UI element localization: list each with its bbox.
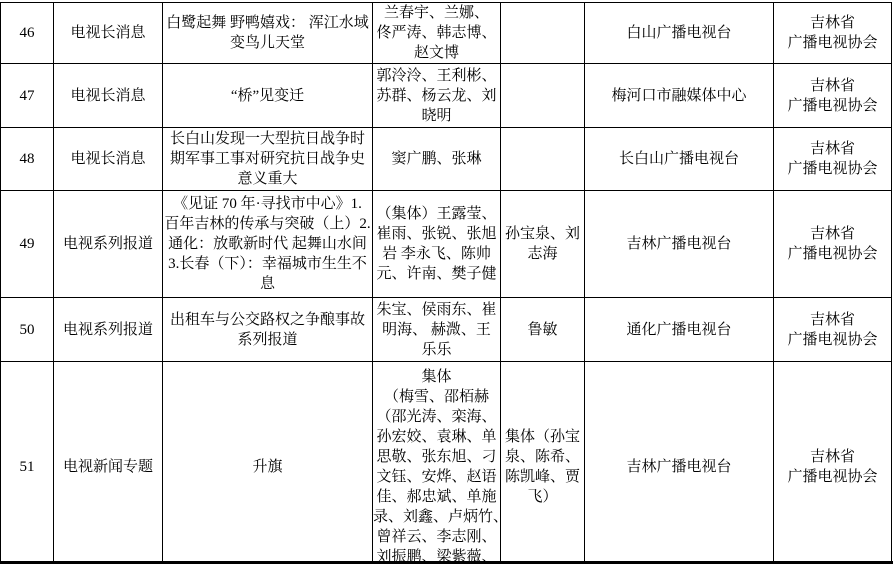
table-row-48: 48 电视长消息 长白山发现一大型抗日战争时 期军事工事对研究抗日战争史 意义重… <box>1 128 892 191</box>
cell-title: 《见证 70 年·寻找市中心》1. 百年吉林的传承与突破（上）2. 通化：放歌新… <box>163 191 373 298</box>
cell-editors <box>501 64 585 128</box>
cell-entry-number: 48 <box>1 128 54 191</box>
cell-association: 吉林省 广播电视协会 <box>774 64 892 128</box>
cell-category: 电视长消息 <box>54 64 163 128</box>
cell-title: 白鹭起舞 野鸭嬉戏： 浑江水域 变鸟儿天堂 <box>163 3 373 64</box>
table-row-49: 49 电视系列报道 《见证 70 年·寻找市中心》1. 百年吉林的传承与突破（上… <box>1 191 892 298</box>
cell-creators: 郭泠泠、王利彬、 苏群、杨云龙、刘 晓明 <box>373 64 501 128</box>
cell-creators: （集体）王露莹、 崔雨、张锐、张旭 岩 李永飞、陈帅 元、许南、樊子健 <box>373 191 501 298</box>
cell-entry-number: 49 <box>1 191 54 298</box>
awards-table: 46 电视长消息 白鹭起舞 野鸭嬉戏： 浑江水域 变鸟儿天堂 兰春宇、兰娜、 佟… <box>0 2 892 564</box>
cell-editors <box>501 3 585 64</box>
document-table-viewport: 46 电视长消息 白鹭起舞 野鸭嬉戏： 浑江水域 变鸟儿天堂 兰春宇、兰娜、 佟… <box>0 0 893 564</box>
cell-association: 吉林省 广播电视协会 <box>774 191 892 298</box>
cell-organization: 通化广播电视台 <box>585 298 774 362</box>
cell-editors: 集体（孙宝 泉、陈希、 陈凯峰、贾 飞） <box>501 362 585 565</box>
cell-category: 电视系列报道 <box>54 298 163 362</box>
table-row-51: 51 电视新闻专题 升旗 集体 （梅雪、邵栢赫 （邵光涛、栾海、 孙宏姣、袁琳、… <box>1 362 892 565</box>
cell-organization: 吉林广播电视台 <box>585 362 774 565</box>
cell-category: 电视系列报道 <box>54 191 163 298</box>
cell-association: 吉林省 广播电视协会 <box>774 298 892 362</box>
cell-editors: 鲁敏 <box>501 298 585 362</box>
cell-entry-number: 50 <box>1 298 54 362</box>
cell-organization: 梅河口市融媒体中心 <box>585 64 774 128</box>
table-row-47: 47 电视长消息 “桥”见变迁 郭泠泠、王利彬、 苏群、杨云龙、刘 晓明 梅河口… <box>1 64 892 128</box>
cell-category: 电视长消息 <box>54 3 163 64</box>
cell-entry-number: 51 <box>1 362 54 565</box>
cell-category: 电视长消息 <box>54 128 163 191</box>
table-row-46: 46 电视长消息 白鹭起舞 野鸭嬉戏： 浑江水域 变鸟儿天堂 兰春宇、兰娜、 佟… <box>1 3 892 64</box>
cell-editors <box>501 128 585 191</box>
cell-title: 升旗 <box>163 362 373 565</box>
cell-editors: 孙宝泉、刘 志海 <box>501 191 585 298</box>
cell-association: 吉林省 广播电视协会 <box>774 3 892 64</box>
cell-title: “桥”见变迁 <box>163 64 373 128</box>
cell-organization: 长白山广播电视台 <box>585 128 774 191</box>
cell-entry-number: 46 <box>1 3 54 64</box>
table-row-50: 50 电视系列报道 出租车与公交路权之争酿事故 系列报道 朱宝、侯雨东、崔 明海… <box>1 298 892 362</box>
cell-entry-number: 47 <box>1 64 54 128</box>
cell-association: 吉林省 广播电视协会 <box>774 128 892 191</box>
cell-association: 吉林省 广播电视协会 <box>774 362 892 565</box>
cell-organization: 白山广播电视台 <box>585 3 774 64</box>
cell-organization: 吉林广播电视台 <box>585 191 774 298</box>
cell-title: 长白山发现一大型抗日战争时 期军事工事对研究抗日战争史 意义重大 <box>163 128 373 191</box>
cell-creators: 朱宝、侯雨东、崔 明海、 赫溦、王 乐乐 <box>373 298 501 362</box>
cell-category: 电视新闻专题 <box>54 362 163 565</box>
cell-creators: 集体 （梅雪、邵栢赫 （邵光涛、栾海、 孙宏姣、袁琳、单 思敬、张东旭、刁 文钰… <box>373 362 501 565</box>
cell-creators: 窦广鹏、张琳 <box>373 128 501 191</box>
cell-title: 出租车与公交路权之争酿事故 系列报道 <box>163 298 373 362</box>
cell-creators: 兰春宇、兰娜、 佟严涛、韩志博、 赵文博 <box>373 3 501 64</box>
